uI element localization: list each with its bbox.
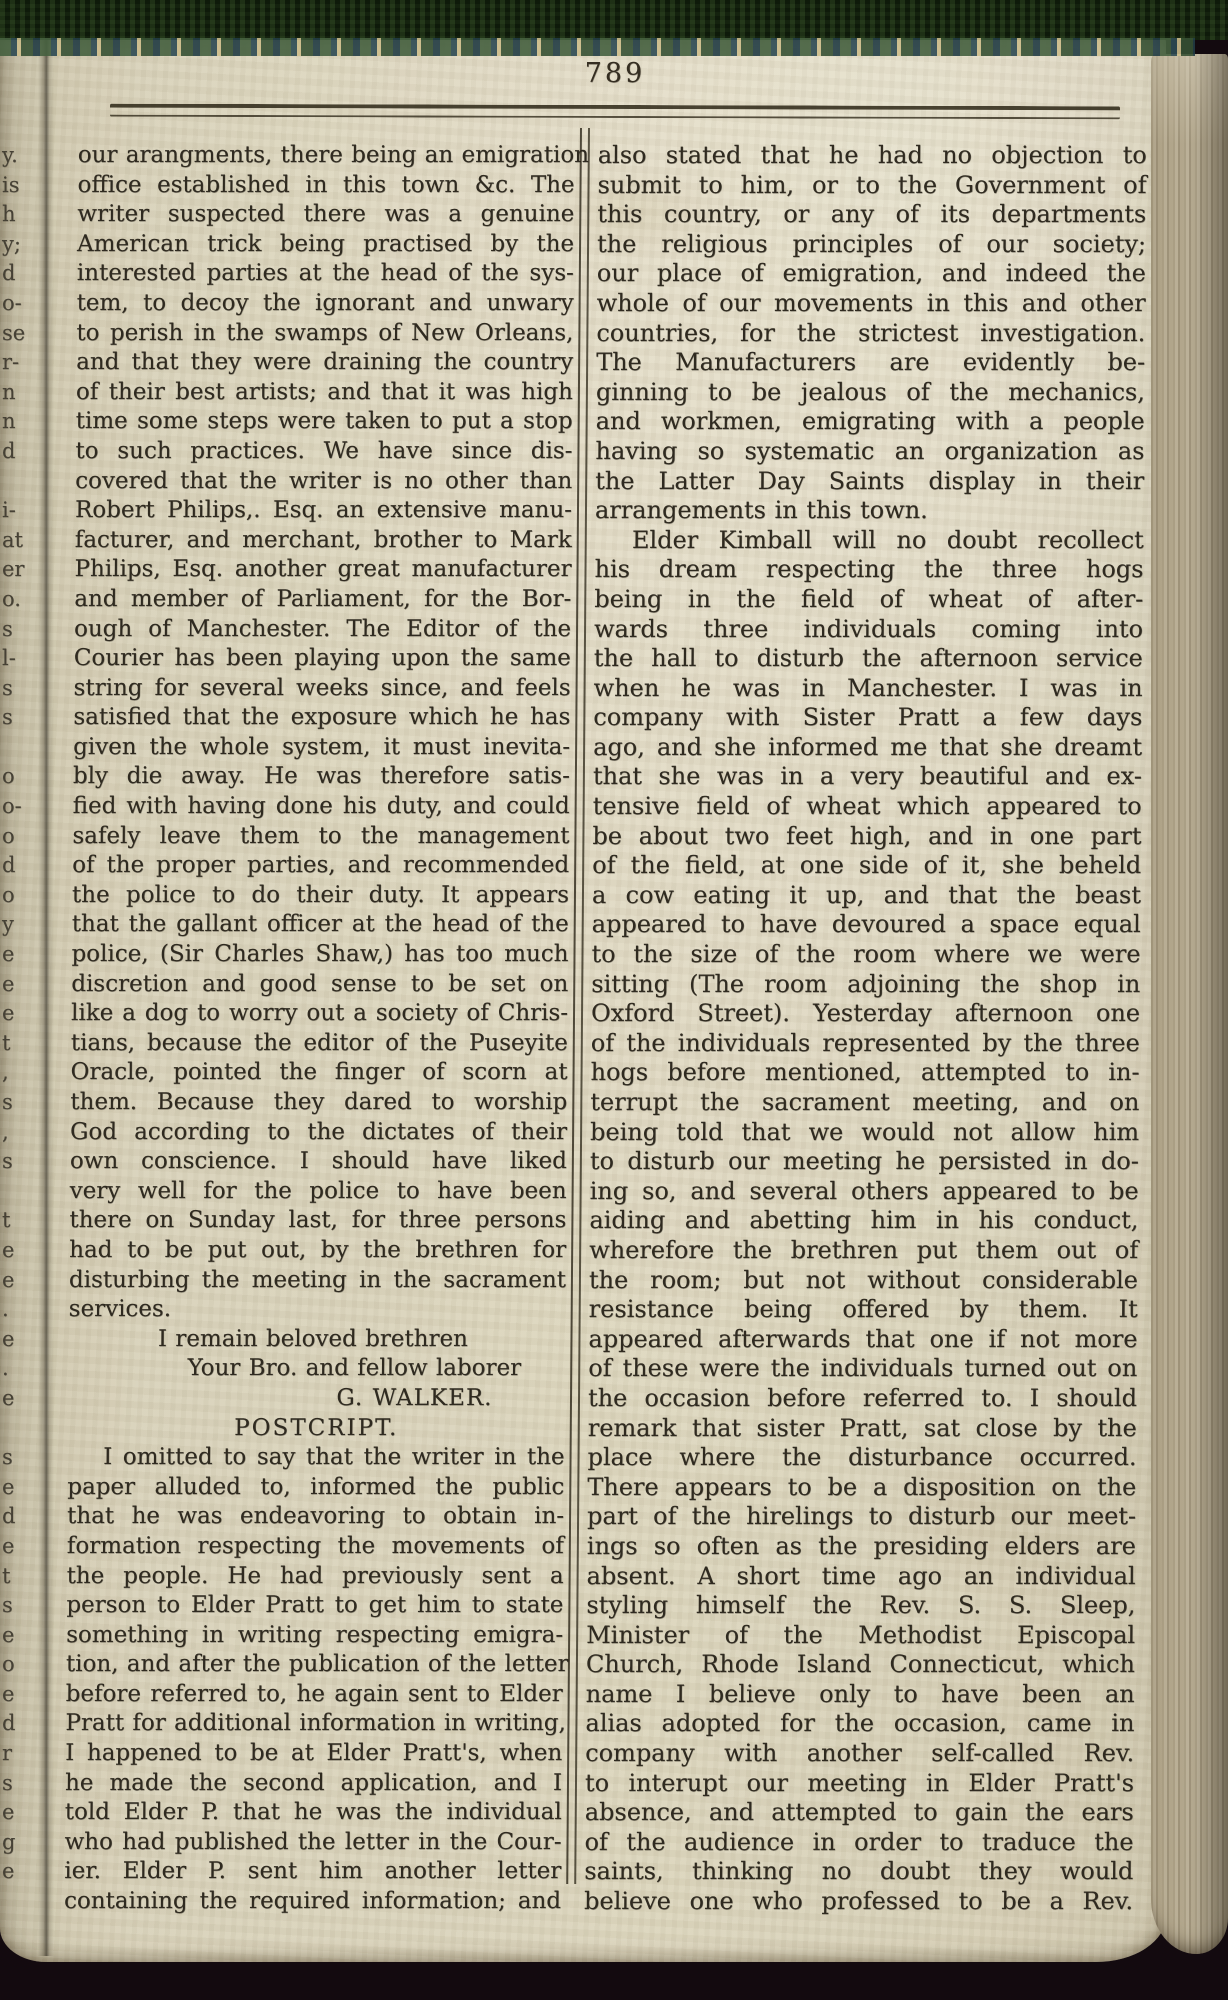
text-line: also stated that he had no objection to [598, 141, 1147, 171]
text-line: God according to the dictates of their [70, 1118, 567, 1148]
text-line: G. WALKER. [336, 1384, 565, 1414]
text-line: a cow eating it up, and that the beast [592, 881, 1141, 911]
text-line: arrangements in this town. [595, 496, 1144, 526]
text-line: be about two feet high, and in one part [592, 822, 1141, 852]
text-line: Philips, Esq. another great manufacturer [74, 555, 571, 585]
text-line: something in writing respecting emigra- [66, 1621, 563, 1651]
text-line: of the individuals represented by the th… [591, 1029, 1140, 1059]
text-line: wherefore the brethren put them out of [589, 1236, 1138, 1266]
text-line: he made the second application, and I [65, 1769, 562, 1799]
text-line: Elder Kimball will no doubt recollect [595, 526, 1144, 556]
text-line: ginning to be jealous of the mechanics, [596, 378, 1145, 408]
text-line: the Latter Day Saints display in their [595, 467, 1144, 497]
text-line: The Manufacturers are evidently be- [596, 348, 1145, 378]
text-line: very well for the police to have been [70, 1177, 567, 1207]
text-line: the police to do their duty. It appears [72, 881, 569, 911]
text-line: absent. A short time ago an individual [587, 1562, 1136, 1592]
text-line: facturer, and merchant, brother to Mark [75, 526, 572, 556]
text-line: who had published the letter in the Cour… [64, 1828, 561, 1858]
text-line: Your Bro. and fellow laborer [187, 1354, 565, 1384]
text-line: time some steps were taken to put a stop [76, 407, 573, 437]
text-line: to the size of the room where we were [591, 940, 1140, 970]
text-line: American trick being practised by the [77, 230, 574, 260]
text-line: there on Sunday last, for three persons [69, 1206, 566, 1236]
text-line: the people. He had previously sent a [67, 1562, 564, 1592]
text-line: Minister of the Methodist Episcopal [586, 1621, 1135, 1651]
text-line: and member of Parliament, for the Bor- [74, 585, 571, 615]
text-line: appeared to have devoured a space equal [592, 910, 1141, 940]
text-line: and that they were draining the country [76, 348, 573, 378]
text-line: company with Sister Pratt a few days [593, 703, 1142, 733]
text-line: paper alluded to, informed the public [67, 1473, 564, 1503]
text-line: safely leave them to the management [72, 822, 569, 852]
text-line: ing so, and several others appeared to b… [590, 1177, 1139, 1207]
text-line: tion, and after the publication of the l… [66, 1650, 563, 1680]
text-line: interested parties at the head of the sy… [77, 259, 574, 289]
text-line: the occasion before referred to. I shoul… [588, 1384, 1137, 1414]
text-line: of their best artists; and that it was h… [76, 378, 573, 408]
text-line: police, (Sir Charles Shaw,) has too much [71, 940, 568, 970]
text-line: I omitted to say that the writer in the [67, 1443, 564, 1473]
text-line: that she was in a very beautiful and ex- [593, 762, 1142, 792]
text-line: POSTCRIPT. [68, 1414, 565, 1444]
text-line: of the audience in order to traduce the [584, 1828, 1133, 1858]
text-line: terrupt the sacrament meeting, and on [590, 1088, 1139, 1118]
text-line: own conscience. I should have liked [70, 1147, 567, 1177]
text-line: submit to him, or to the Government of [597, 171, 1146, 201]
text-line: Oracle, pointed the finger of scorn at [70, 1058, 567, 1088]
text-line: hogs before mentioned, attempted to in- [590, 1058, 1139, 1088]
text-line: and workmen, emigrating with a people [596, 407, 1145, 437]
text-line: tem, to decoy the ignorant and unwary [76, 289, 573, 319]
text-line: being in the field of wheat of after- [594, 585, 1143, 615]
text-line: before referred to, he again sent to Eld… [66, 1680, 563, 1710]
text-line: to interupt our meeting in Elder Pratt's [585, 1769, 1134, 1799]
text-line: saints, thinking no doubt they would [584, 1857, 1133, 1887]
text-line: to perish in the swamps of New Orleans, [76, 319, 573, 349]
book-page-photo: y.ishy;do-ser-nndi-atero.sl-ssoo-odoyeee… [0, 0, 1228, 2000]
text-line: ough of Manchester. The Editor of the [74, 615, 571, 645]
text-line: absence, and attempted to gain the ears [585, 1798, 1134, 1828]
text-line: There appears to be a disposition on the [587, 1473, 1136, 1503]
text-line: resistance being offered by them. It [589, 1295, 1138, 1325]
text-line: disturbing the meeting in the sacrament [69, 1266, 566, 1296]
text-line: ings so often as the presiding elders ar… [587, 1532, 1136, 1562]
text-line: of these were the individuals turned out… [588, 1354, 1137, 1384]
text-line: that the gallant officer at the head of … [72, 910, 569, 940]
text-line: to such practices. We have since dis- [75, 437, 572, 467]
text-line: believe one who professed to be a Rev. [584, 1887, 1133, 1917]
text-line: covered that the writer is no other than [75, 467, 572, 497]
text-line: satisfied that the exposure which he has [73, 703, 570, 733]
text-line: Oxford Street). Yesterday afternoon one [591, 999, 1140, 1029]
text-line: writer suspected there was a genuine [77, 200, 574, 230]
text-line: remark that sister Pratt, sat close by t… [588, 1414, 1137, 1444]
text-line: of the field, at one side of it, she beh… [592, 851, 1141, 881]
text-line: string for several weeks since, and feel… [73, 674, 570, 704]
right-column: also stated that he had no objection tos… [584, 141, 1147, 1917]
text-line: styling himself the Rev. S. S. Sleep, [586, 1591, 1135, 1621]
text-line: that he was endeavoring to obtain in- [67, 1502, 564, 1532]
text-line: the room; but not without considerable [589, 1266, 1138, 1296]
text-line: fied with having done his duty, and coul… [73, 792, 570, 822]
text-line: services. [69, 1295, 566, 1325]
text-line: tensive field of wheat which appeared to [593, 792, 1142, 822]
text-line: had to be put out, by the brethren for [69, 1236, 566, 1266]
text-line: place where the disturbance occurred. [587, 1443, 1136, 1473]
cover-cloth [0, 0, 1228, 40]
text-line: name I believe only to have been an [586, 1680, 1135, 1710]
text-line: bly die away. He was therefore satis- [73, 762, 570, 792]
text-line: I happened to be at Elder Pratt's, when [65, 1739, 562, 1769]
text-line: ago, and she informed me that she dreamt [593, 733, 1142, 763]
text-line: the hall to disturb the afternoon servic… [594, 644, 1143, 674]
text-line: given the whole system, it must inevita- [73, 733, 570, 763]
text-line: Pratt for additional information in writ… [65, 1709, 562, 1739]
text-line: tians, because the editor of the Puseyit… [71, 1029, 568, 1059]
text-line: Courier has been playing upon the same [74, 644, 571, 674]
text-line: them. Because they dared to worship [70, 1088, 567, 1118]
text-line: told Elder P. that he was the individual [65, 1798, 562, 1828]
text-line: formation respecting the movements of [67, 1532, 564, 1562]
text-line: his dream respecting the three hogs [594, 555, 1143, 585]
text-line: when he was in Manchester. I was in [593, 674, 1142, 704]
text-line: Church, Rhode Island Connecticut, which [586, 1650, 1135, 1680]
text-line: having so systematic an organization as [595, 437, 1144, 467]
text-line: like a dog to worry out a society of Chr… [71, 999, 568, 1029]
text-block: our arangments, there being an emigratio… [0, 0, 1228, 2000]
text-line: to disturb our meeting he persisted in d… [590, 1147, 1139, 1177]
text-line: this country, or any of its departments [597, 200, 1146, 230]
text-line: company with another self-called Rev. [585, 1739, 1134, 1769]
text-line: person to Elder Pratt to get him to stat… [66, 1591, 563, 1621]
text-line: discretion and good sense to be set on [71, 970, 568, 1000]
text-line: wards three individuals coming into [594, 615, 1143, 645]
text-line: the religious principles of our society; [597, 230, 1146, 260]
text-line: I remain beloved brethren [158, 1325, 566, 1355]
text-line: containing the required information; and [64, 1887, 561, 1917]
text-line: of the proper parties, and recommended [72, 851, 569, 881]
left-column: our arangments, there being an emigratio… [64, 141, 575, 1917]
text-line: appeared afterwards that one if not more [588, 1325, 1137, 1355]
text-line: our arangments, there being an emigratio… [78, 141, 575, 171]
headband [0, 38, 1195, 56]
text-line: alias adopted for the occasion, came in [585, 1709, 1134, 1739]
text-line: our place of emigration, and indeed the [597, 259, 1146, 289]
text-line: being told that we would not allow him [590, 1118, 1139, 1148]
text-line: ier. Elder P. sent him another letter [64, 1857, 561, 1887]
text-line: aiding and abetting him in his conduct, [589, 1206, 1138, 1236]
text-line: Robert Philips,. Esq. an extensive manu- [75, 496, 572, 526]
text-line: sitting (The room adjoining the shop in [591, 970, 1140, 1000]
text-line: countries, for the strictest investigati… [596, 319, 1145, 349]
text-line: whole of our movements in this and other [596, 289, 1145, 319]
text-line: office established in this town &c. The [77, 171, 574, 201]
text-line: part of the hirelings to disturb our mee… [587, 1502, 1136, 1532]
